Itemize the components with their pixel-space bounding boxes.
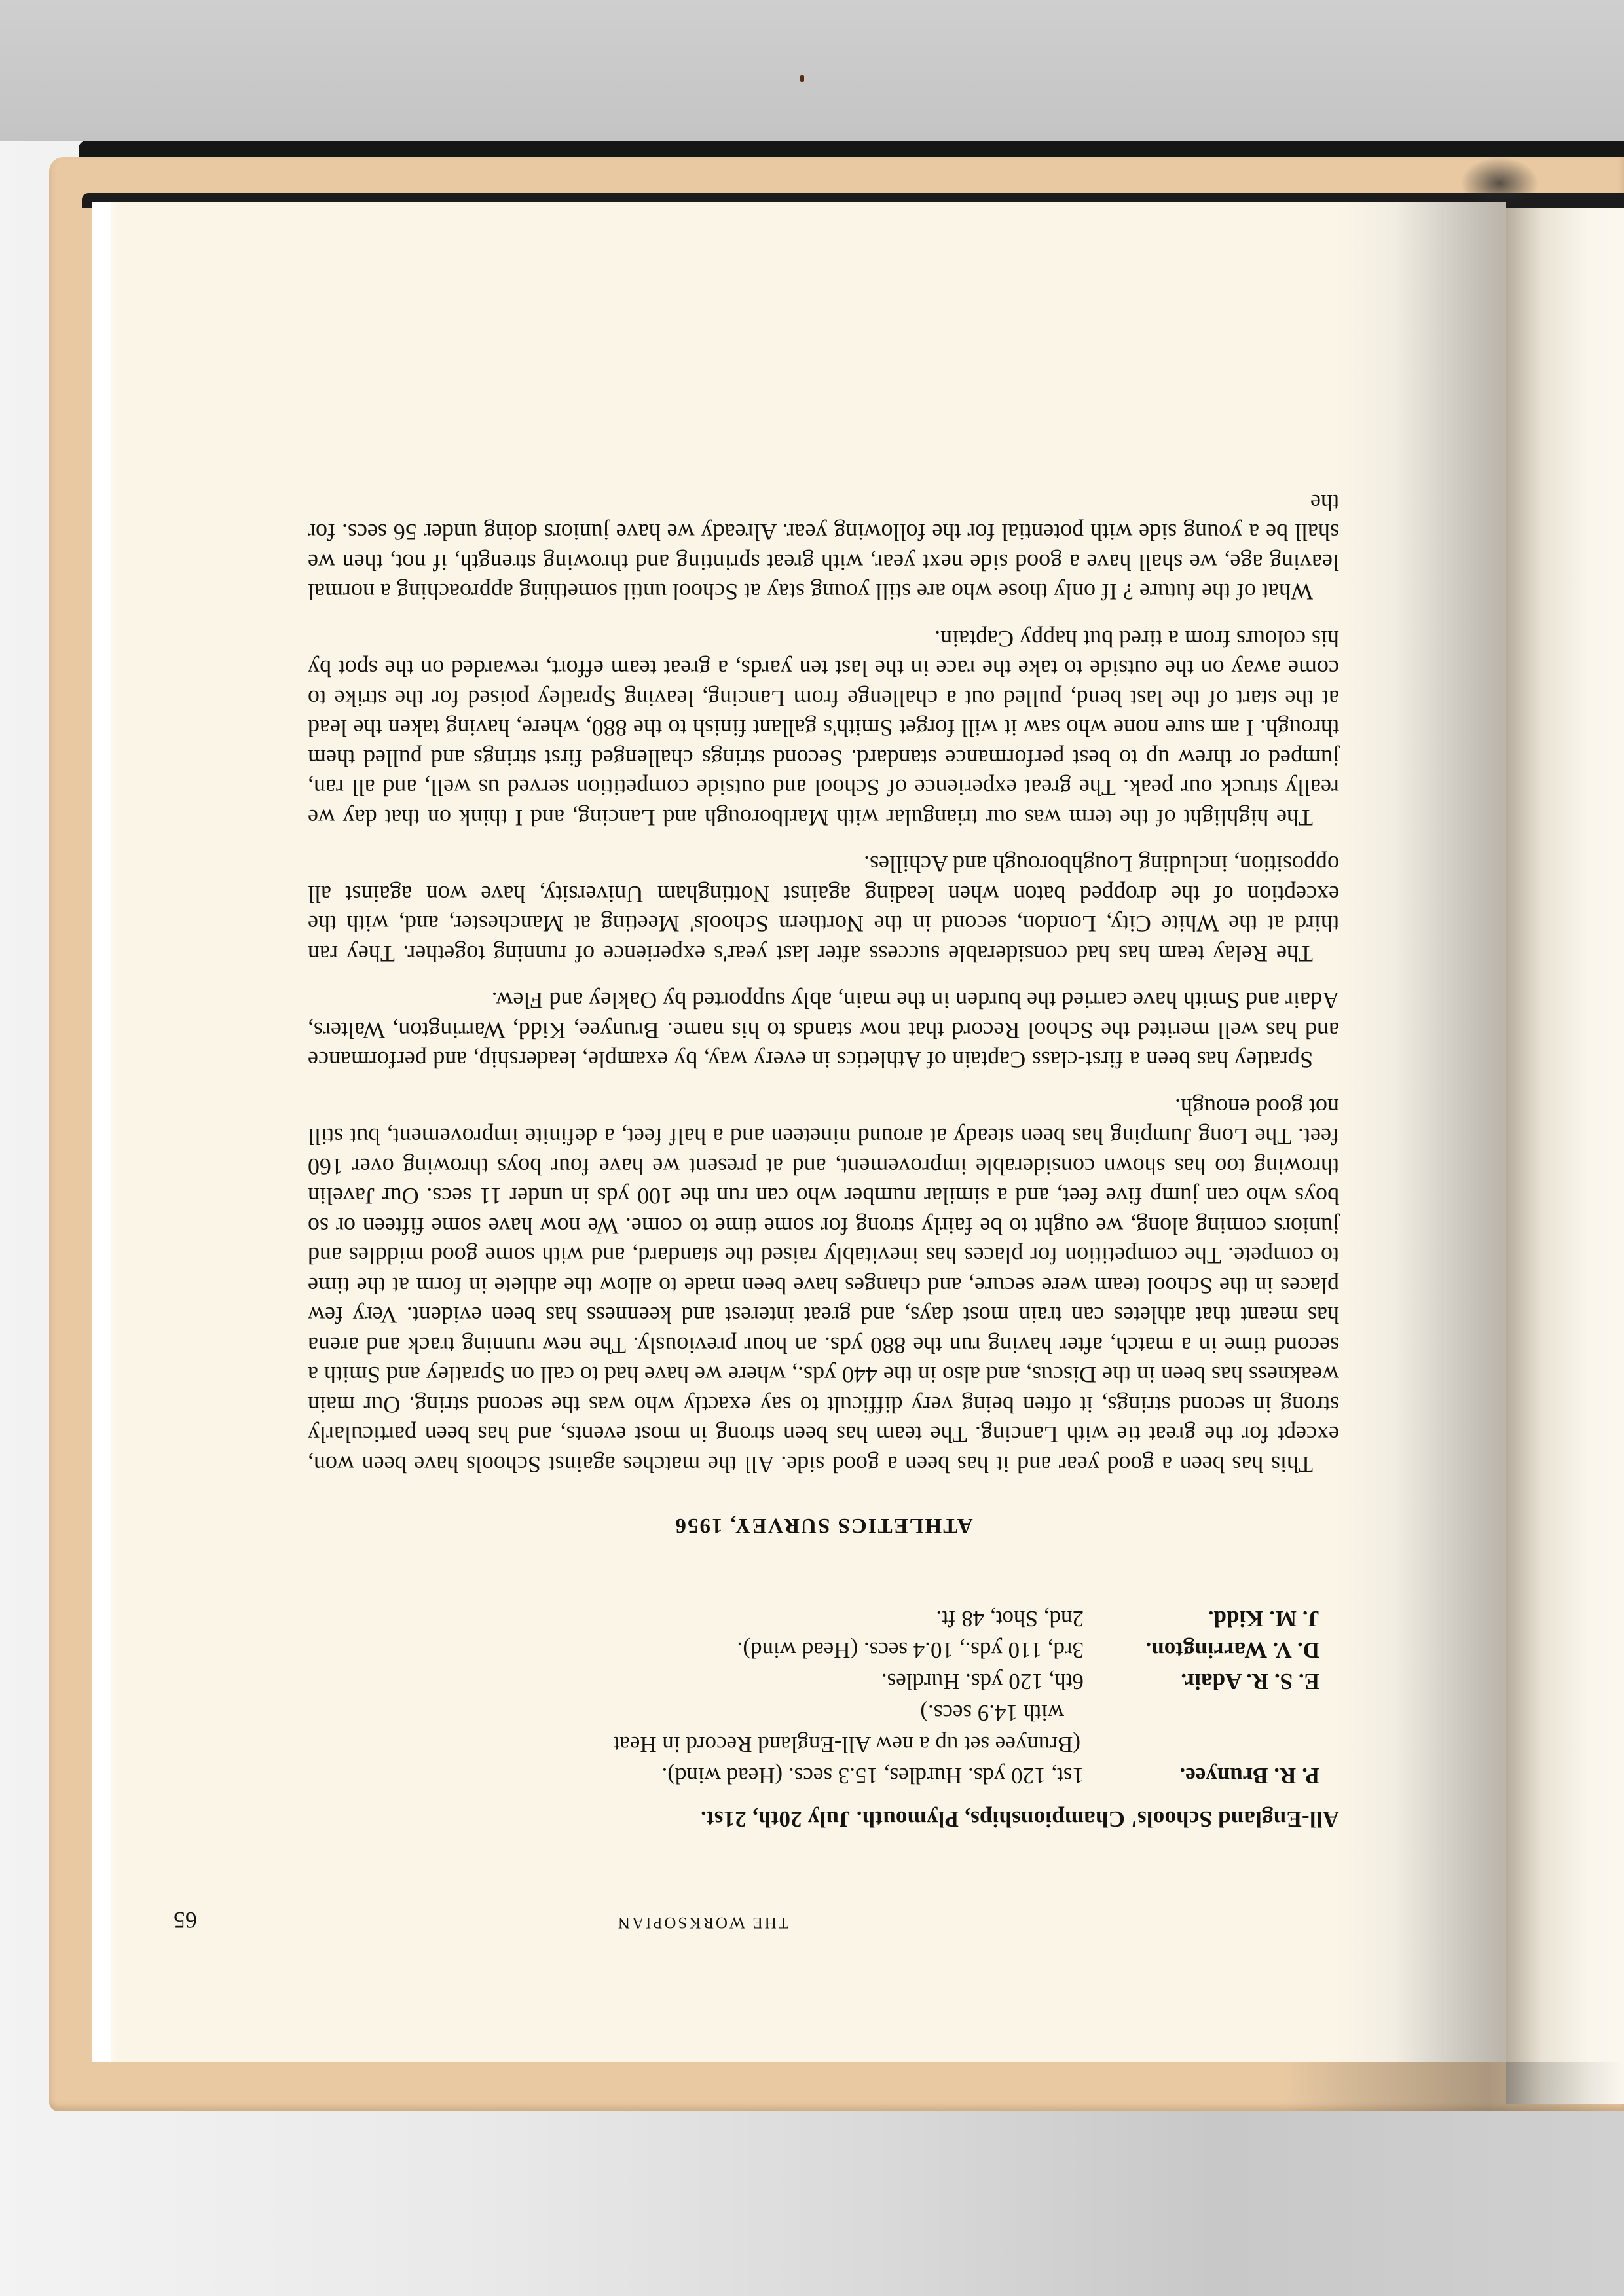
athlete-name: E. S. R. Adair. bbox=[1084, 1666, 1339, 1697]
article-paragraph: Spratley has been a first-class Captain … bbox=[308, 985, 1339, 1075]
journal-title: THE WORKSOPIAN bbox=[308, 1913, 1339, 1931]
dust-speck bbox=[800, 75, 804, 82]
page-number: 65 bbox=[174, 1906, 197, 1934]
result-row: E. S. R. Adair. 6th, 120 yds. Hurdles. bbox=[308, 1666, 1339, 1697]
article-paragraph: The highlight of the term was our triang… bbox=[308, 624, 1339, 833]
article-paragraph: The Relay team has had considerable succ… bbox=[308, 849, 1339, 968]
result-note: with 14.9 secs.) bbox=[308, 1697, 1339, 1728]
result-detail: 2nd, Shot, 48 ft. bbox=[308, 1603, 1084, 1634]
facing-page bbox=[1506, 208, 1624, 2104]
athlete-name: D. V. Warrington. bbox=[1084, 1634, 1339, 1666]
cover-bottom-shadow bbox=[1283, 2062, 1624, 2111]
result-note: (Brunyee set up a new All-England Record… bbox=[308, 1728, 1339, 1760]
result-row: D. V. Warrington. 3rd, 110 yds., 10.4 se… bbox=[308, 1634, 1339, 1666]
page-text-block: THE WORKSOPIAN 65 All-England Schools' C… bbox=[308, 419, 1339, 1931]
result-row: J. M. Kidd. 2nd, Shot, 48 ft. bbox=[308, 1603, 1339, 1634]
result-detail: 3rd, 110 yds., 10.4 secs. (Head wind). bbox=[308, 1634, 1084, 1666]
article-title: ATHLETICS SURVEY, 1956 bbox=[308, 1513, 1339, 1537]
page-edge-highlight bbox=[92, 202, 111, 2062]
article-paragraph: What of the future ? If only those who a… bbox=[308, 488, 1339, 607]
article-paragraph: This has been a good year and it has bee… bbox=[308, 1092, 1339, 1480]
scanner-background-top bbox=[0, 0, 1624, 141]
result-row: P. R. Brunyee. 1st, 120 yds. Hurdles, 15… bbox=[308, 1760, 1339, 1791]
running-head: THE WORKSOPIAN 65 bbox=[308, 1903, 1339, 1931]
results-heading: All-England Schools' Championships, Plym… bbox=[308, 1806, 1339, 1832]
athlete-name: P. R. Brunyee. bbox=[1084, 1760, 1339, 1791]
athlete-name: J. M. Kidd. bbox=[1084, 1603, 1339, 1634]
result-detail: 6th, 120 yds. Hurdles. bbox=[308, 1666, 1084, 1697]
result-detail: 1st, 120 yds. Hurdles, 15.3 secs. (Head … bbox=[308, 1760, 1084, 1791]
